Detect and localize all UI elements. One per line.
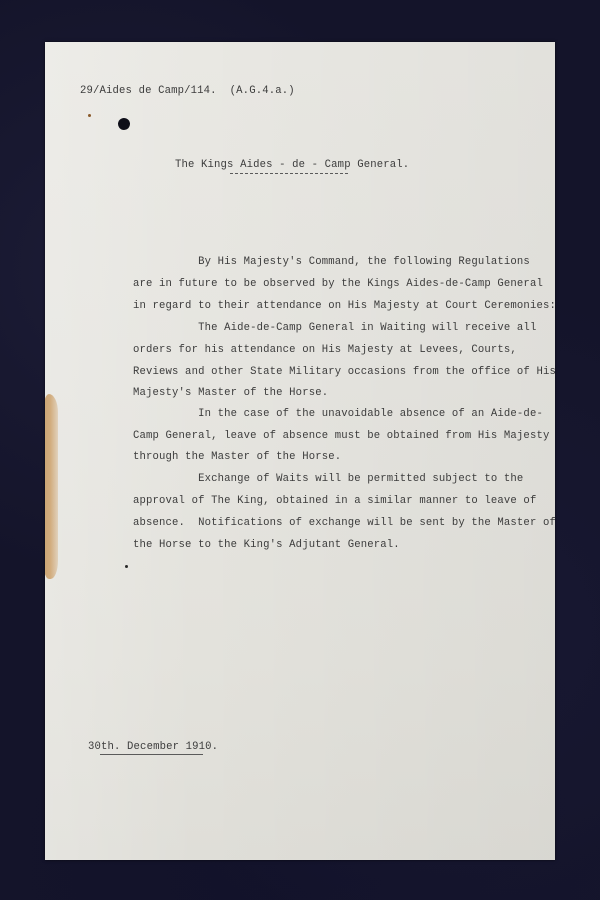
paragraph-3-line-2: Camp General, leave of absence must be o… (133, 431, 549, 442)
document-title: The Kings Aides - de - Camp General. (175, 160, 409, 171)
paragraph-2-line-1: The Aide-de-Camp General in Waiting will… (133, 323, 536, 334)
paragraph-4-line-4: the Horse to the King's Adjutant General… (133, 540, 400, 551)
paragraph-1-line-1: By His Majesty's Command, the following … (133, 257, 530, 268)
paragraph-4-line-1: Exchange of Waits will be permitted subj… (133, 474, 523, 485)
reference-number: 29/Aides de Camp/114. (A.G.4.a.) (80, 86, 295, 97)
paragraph-1-line-2: are in future to be observed by the King… (133, 279, 543, 290)
title-underline (230, 173, 348, 174)
document-date: 30th. December 1910. (88, 742, 218, 753)
paragraph-2-line-2: orders for his attendance on His Majesty… (133, 345, 517, 356)
paragraph-2-line-3: Reviews and other State Military occasio… (133, 367, 556, 378)
punch-hole (118, 118, 130, 130)
paragraph-2-line-4: Majesty's Master of the Horse. (133, 388, 328, 399)
ink-speck (88, 114, 91, 117)
ink-speck (125, 565, 128, 568)
paragraph-3-line-1: In the case of the unavoidable absence o… (133, 409, 543, 420)
paragraph-4-line-3: absence. Notifications of exchange will … (133, 518, 556, 529)
paragraph-3-line-3: through the Master of the Horse. (133, 452, 341, 463)
date-underline (100, 754, 203, 755)
paragraph-1-line-3: in regard to their attendance on His Maj… (133, 301, 556, 312)
water-stain (45, 394, 58, 579)
paragraph-4-line-2: approval of The King, obtained in a simi… (133, 496, 536, 507)
